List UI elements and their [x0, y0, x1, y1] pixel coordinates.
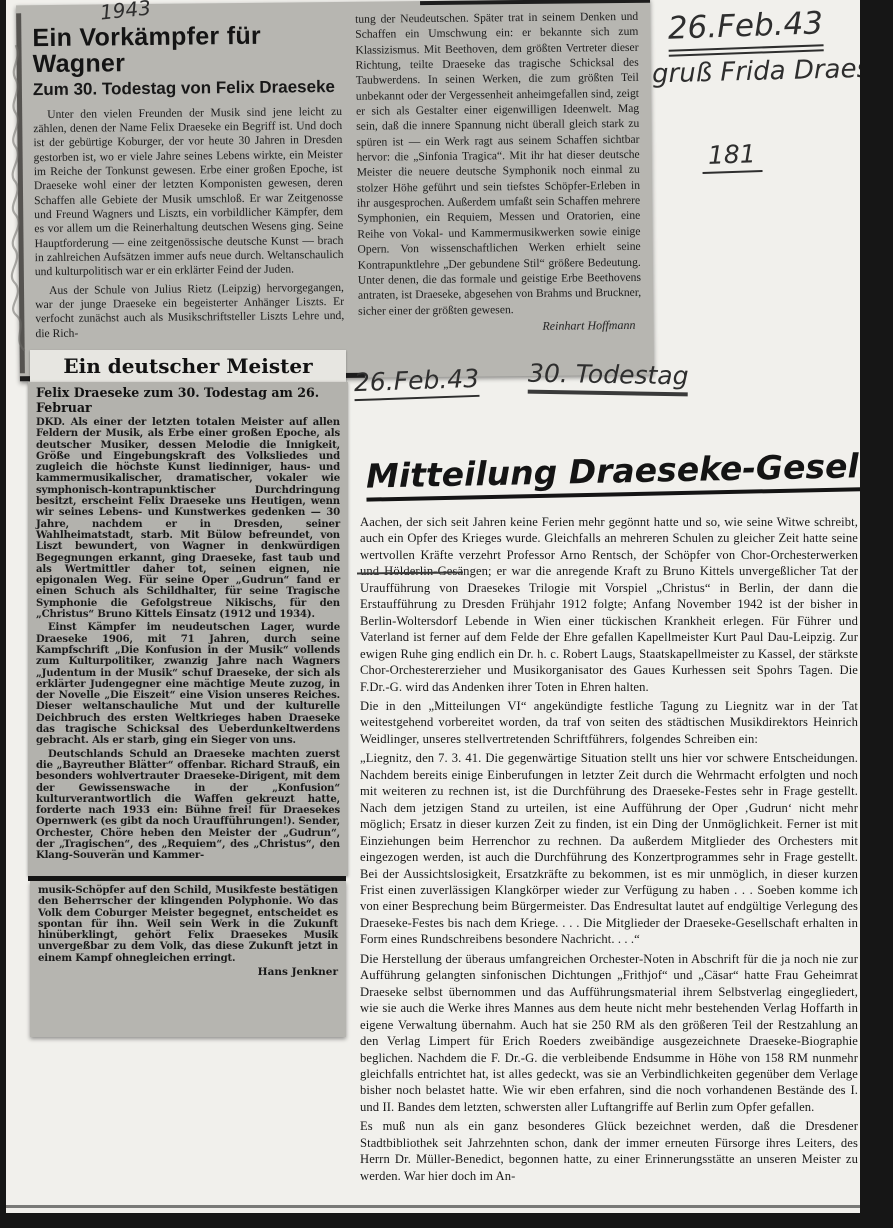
scanned-archive-page: Ein Vorkämpfer für Wagner Zum 30. Todest…	[0, 0, 893, 1228]
clipping-paragraph: Unter den vielen Freunden der Musik sind…	[33, 104, 344, 279]
report-paragraph: „Liegnitz, den 7. 3. 41. Die gegenwärtig…	[360, 750, 858, 947]
handwritten-date: 26.Feb.43	[667, 5, 824, 56]
clipping-byline: Reinhart Hoffmann	[358, 318, 641, 336]
clipping-paragraph: tung der Neudeutschen. Später trat in se…	[355, 9, 641, 319]
report-paragraph: Die in den „Mitteilungen VI“ angekündigt…	[360, 698, 858, 747]
clipping-headline-strip: Ein deutscher Meister	[30, 350, 346, 382]
clipping-headline: Ein deutscher Meister	[63, 354, 312, 378]
clipping-paragraph: DKD. Als einer der letzten totalen Meist…	[36, 417, 340, 620]
newspaper-clipping-meister: Felix Draeseke zum 30. Todestag am 26. F…	[28, 382, 348, 876]
report-paragraph: Aachen, der sich seit Jahren keine Ferie…	[360, 514, 858, 695]
report-paragraph: Es muß nun als ein ganz besonderes Glück…	[360, 1118, 858, 1184]
scan-edge	[0, 1213, 893, 1228]
scan-edge	[0, 1205, 893, 1208]
handwritten-page-number: 181	[701, 139, 762, 174]
scan-edge	[860, 0, 893, 1228]
clipping-subheadline: Zum 30. Todestag von Felix Draeseke	[33, 76, 342, 99]
clipping-column-1: Ein Vorkämpfer für Wagner Zum 30. Todest…	[32, 8, 345, 377]
margin-handwriting	[2, 20, 32, 360]
scan-edge	[0, 0, 6, 1228]
clipping-paragraph: Einst Kämpfer im neudeutschen Lager, wur…	[36, 622, 340, 746]
clipping-subheadline: Felix Draeseke zum 30. Todestag am 26. F…	[36, 385, 340, 415]
handwritten-date: 26.Feb.43	[353, 364, 479, 401]
clipping-paragraph: musik-Schöpfer auf den Schild, Musikfest…	[38, 885, 338, 964]
clipping-byline: Hans Jenkner	[38, 966, 338, 978]
clipping-column-2: tung der Neudeutschen. Später trat in se…	[355, 5, 642, 378]
clipping-headline: Ein Vorkämpfer für Wagner	[32, 22, 341, 78]
handwritten-greeting: gruß Frida Draeseke	[652, 53, 893, 90]
handwritten-anniversary-note: 30. Todestag	[528, 359, 689, 397]
newspaper-clipping-wagner: Ein Vorkämpfer für Wagner Zum 30. Todest…	[16, 0, 654, 381]
report-paragraph: Die Herstellung der überaus umfangreiche…	[360, 951, 858, 1116]
printed-society-report: Aachen, der sich seit Jahren keine Ferie…	[360, 514, 858, 1206]
clipping-paragraph: Deutschlands Schuld an Draeseke machten …	[36, 749, 340, 862]
handwritten-section-heading: Mitteilung Draeseke-Gesellschaft:	[366, 443, 893, 501]
clipping-paragraph: Aus der Schule von Julius Rietz (Leipzig…	[35, 281, 344, 342]
newspaper-clipping-meister-continuation: musik-Schöpfer auf den Schild, Musikfest…	[30, 881, 346, 1037]
